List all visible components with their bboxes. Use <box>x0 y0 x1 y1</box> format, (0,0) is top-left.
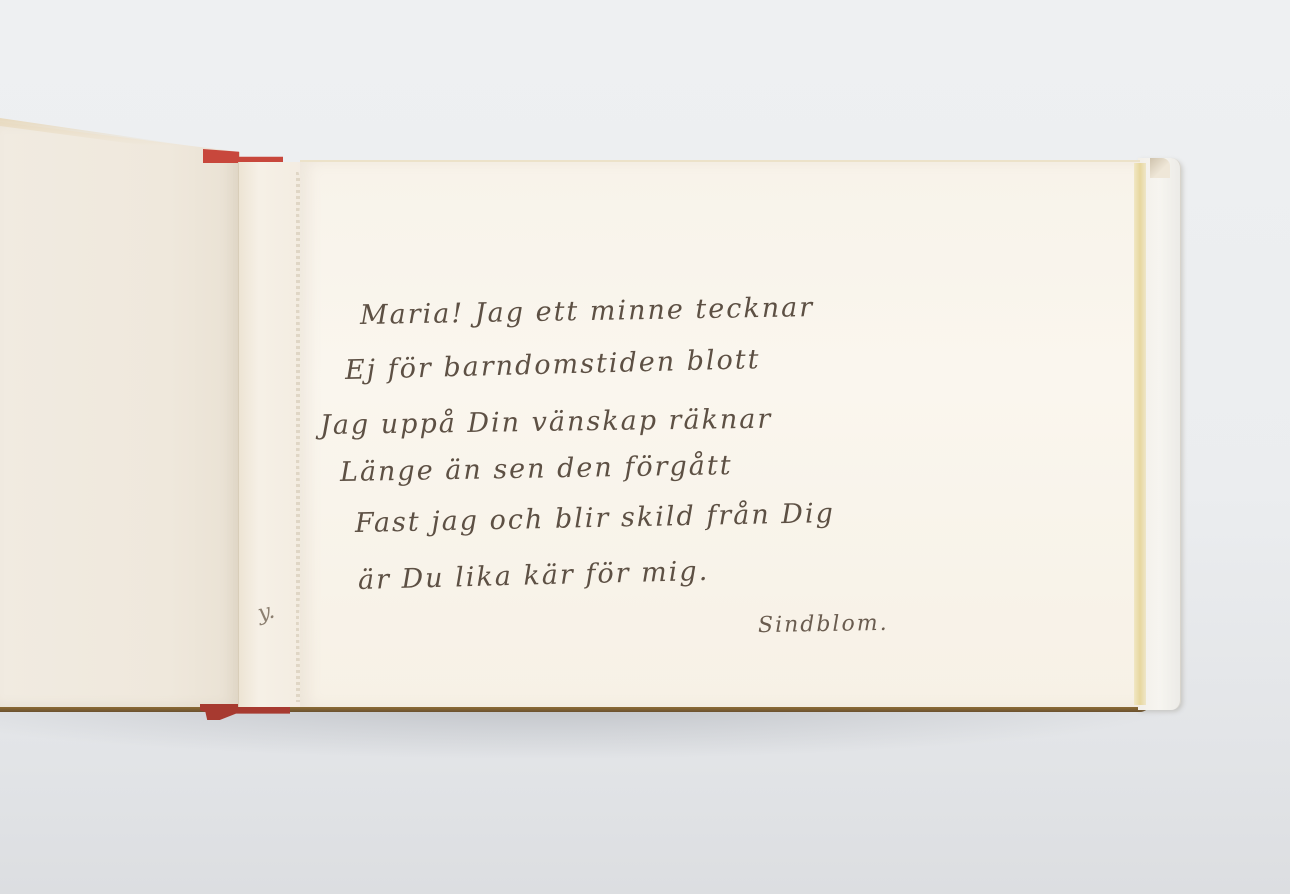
gutter-stub-strip <box>238 162 305 707</box>
gilt-page-edge <box>1134 163 1146 705</box>
left-page <box>0 122 240 707</box>
cover-corner-worn <box>1150 158 1170 178</box>
poem-line-3: Jag uppå Din vänskap räknar <box>320 404 773 441</box>
red-spine-top <box>203 149 283 163</box>
photograph-scene: y. Maria! Jag ett minne tecknar Ej för b… <box>0 0 1290 894</box>
signature: Sindblom. <box>758 611 889 638</box>
